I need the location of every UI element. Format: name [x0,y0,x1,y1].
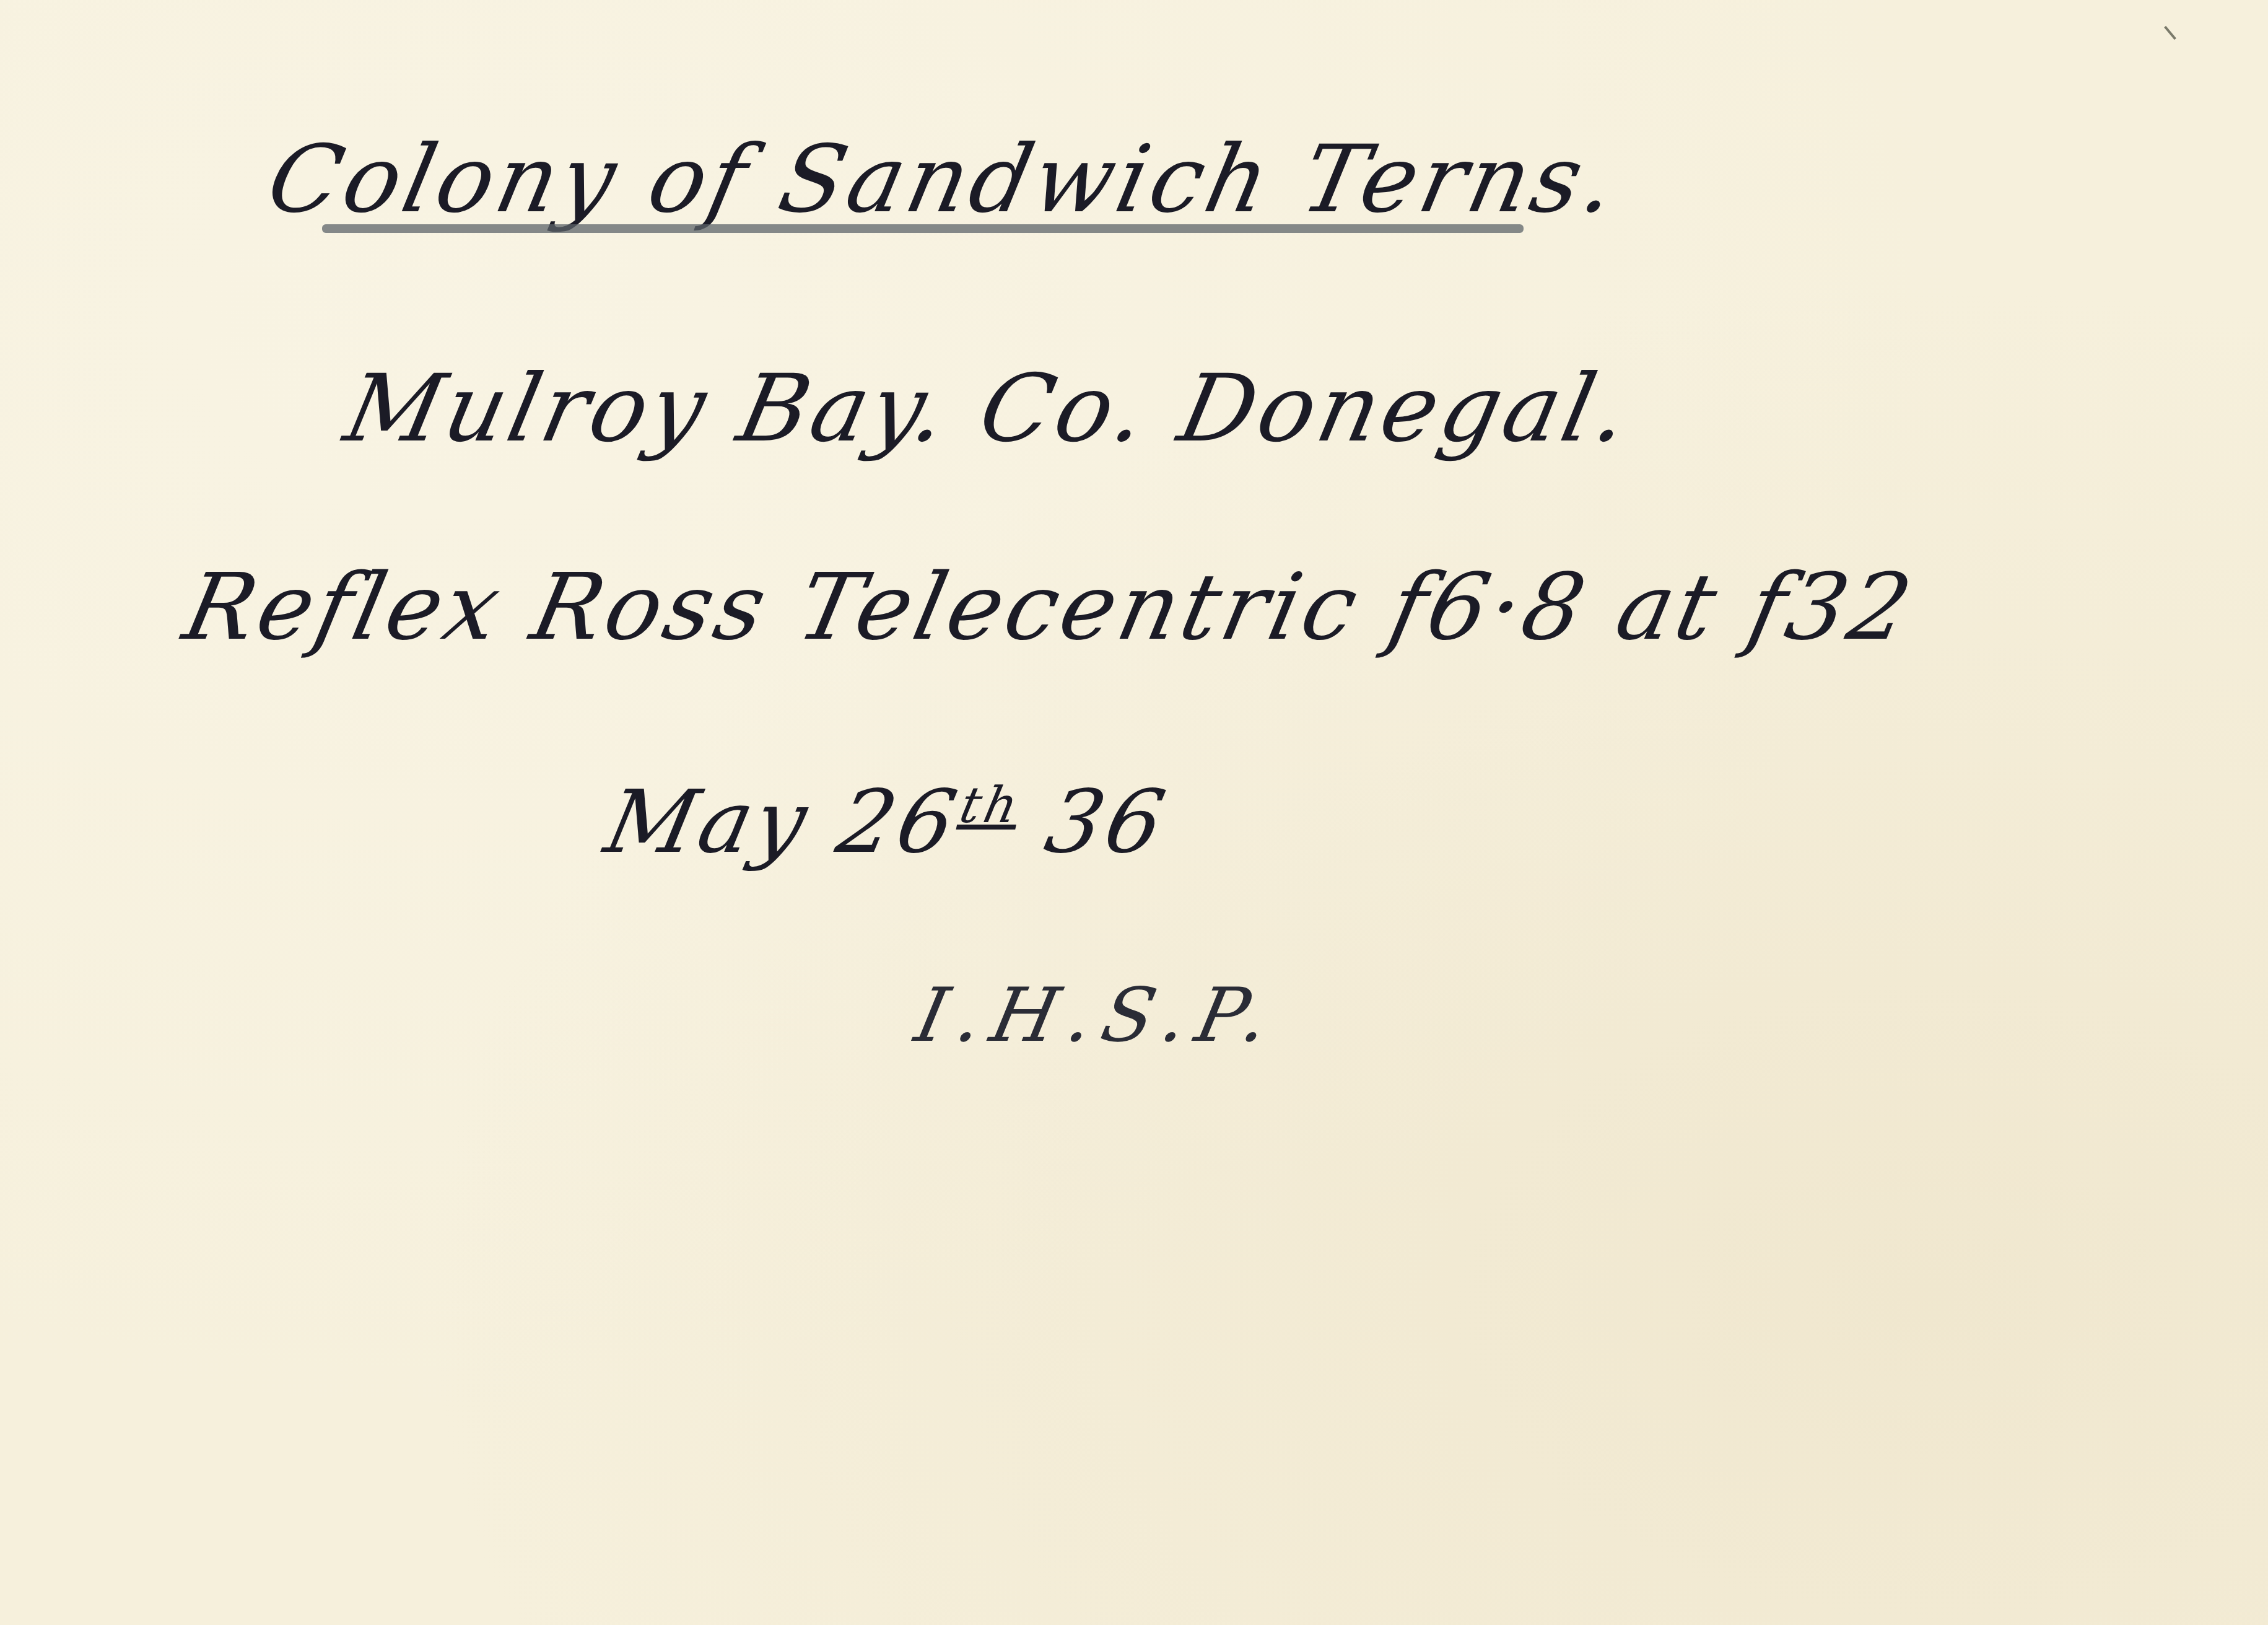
paper-mark [2164,26,2176,40]
location-line: Mulroy Bay. Co. Donegal. [334,347,1644,471]
date-suffix: th [955,776,1026,834]
card-title: Colony of Sandwich Terns. [257,118,1631,242]
author-initials: I.H.S.P. [904,954,1291,1078]
date-year: 36 [1037,772,1177,873]
date-month: May [597,772,819,873]
title-underline [322,224,1524,233]
note-card: Colony of Sandwich Terns. Mulroy Bay. Co… [0,0,2268,1625]
date-day: 26 [829,772,968,873]
camera-settings-line: Reflex Ross Telecentric f6·8 at f32 [173,545,1926,669]
date-line: May 26th 36 [595,743,1182,885]
